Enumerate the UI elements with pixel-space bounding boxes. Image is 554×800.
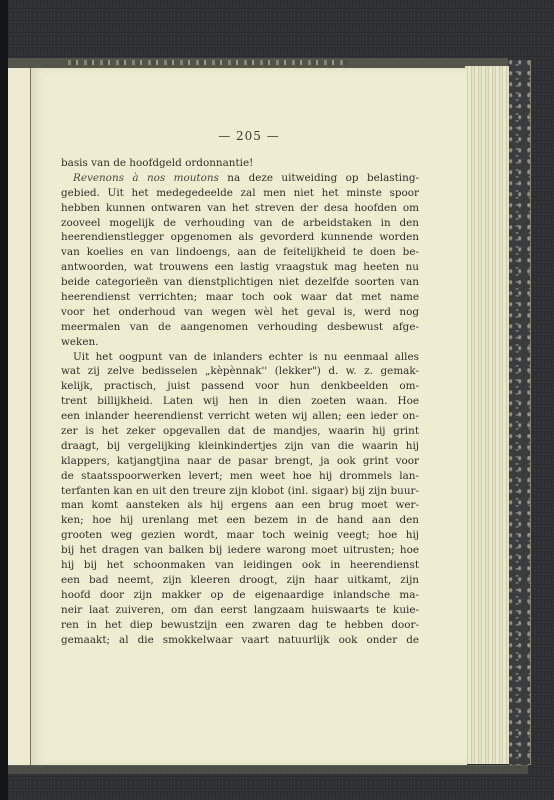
text-line: hij bij het schoonmaken van leidingen oo… <box>61 558 419 573</box>
line-text: meermalen van de aangenomen verhouding d… <box>61 321 419 333</box>
italic-phrase: Revenons à nos moutons <box>73 172 219 184</box>
page-stack-edges <box>465 66 509 764</box>
left-edge-shadow <box>0 0 8 800</box>
text-line: hebben kunnen ontwaren van het streven d… <box>61 201 419 216</box>
page-number: — 205 — <box>31 129 467 143</box>
text-line: klappers, katjangtjina naar de pasar bre… <box>61 454 419 469</box>
line-text: trent billijkheid. Laten wij hen in dien… <box>61 395 419 407</box>
text-line: beide categorieën van dienstplichtigen n… <box>61 275 419 290</box>
text-line: meermalen van de aangenomen verhouding d… <box>61 320 419 335</box>
line-text: hij bij het schoonmaken van leidingen oo… <box>61 559 419 571</box>
line-text: de staatsspoorwerken levert; men weet ho… <box>61 470 419 482</box>
line-text: antwoorden, wat trouwens een lastig vraa… <box>61 261 419 273</box>
text-line: ren in het diep bewustzijn een zwaren da… <box>61 618 419 633</box>
line-text: bij het dragen van balken bij iedere war… <box>61 544 419 556</box>
text-line: gemaakt; al die smokkelwaar vaart natuur… <box>61 633 419 648</box>
text-line: kelijk, practisch, juist passend voor hu… <box>61 379 419 394</box>
line-text: zooveel mogelijk de verhouding van de ar… <box>61 217 419 229</box>
line-text: hebben kunnen ontwaren van het streven d… <box>61 202 419 214</box>
text-line: grooten weg gezien wordt, maar toch wein… <box>61 528 419 543</box>
line-text: klappers, katjangtjina naar de pasar bre… <box>61 455 419 467</box>
line-text: gemaakt; al die smokkelwaar vaart natuur… <box>61 634 419 646</box>
text-line: basis van de hoofdgeld ordonnantie! <box>61 156 419 171</box>
line-text: Uit het oogpunt van de inlanders echter … <box>73 351 419 363</box>
text-line: Revenons à nos moutons na deze uitweidin… <box>61 171 419 186</box>
page-text: basis van de hoofdgeld ordonnantie!Reven… <box>61 156 419 647</box>
text-line: een inlander heerendienst verricht weten… <box>61 409 419 424</box>
text-line: hoofd door zijn makker op de eigenaardig… <box>61 588 419 603</box>
line-text: hoofd door zijn makker op de eigenaardig… <box>61 589 419 601</box>
line-text: wat zij zelve bedisselen „kèpènnak'' (le… <box>61 365 419 377</box>
text-line: draagt, bij vergelijking kleinkindertjes… <box>61 439 419 454</box>
text-line: heerendienst verrichten; maar toch ook w… <box>61 290 419 305</box>
text-line: ken; hoe hij urenlang met een bezem in d… <box>61 513 419 528</box>
book-cover-marbled-edge <box>508 60 531 765</box>
text-line: wat zij zelve bedisselen „kèpènnak'' (le… <box>61 364 419 379</box>
line-text: voor het onderhoud van wegen wèl het gev… <box>61 306 419 318</box>
text-line: trent billijkheid. Laten wij hen in dien… <box>61 394 419 409</box>
text-line: antwoorden, wat trouwens een lastig vraa… <box>61 260 419 275</box>
text-line: bij het dragen van balken bij iedere war… <box>61 543 419 558</box>
text-line: weken. <box>61 335 419 350</box>
text-line: man komt aansteken als hij ergens aan ee… <box>61 498 419 513</box>
text-line: van koelies en van lindoengs, aan de fei… <box>61 245 419 260</box>
book-page: — 205 — basis van de hoofdgeld ordonnant… <box>31 68 467 765</box>
line-text: van koelies en van lindoengs, aan de fei… <box>61 246 419 258</box>
text-line: zer is het zeker opgevallen dat de mandj… <box>61 424 419 439</box>
line-text: ren in het diep bewustzijn een zwaren da… <box>61 619 419 631</box>
text-line: gebied. Uit het medegedeelde zal men nie… <box>61 186 419 201</box>
line-text: draagt, bij vergelijking kleinkindertjes… <box>61 440 419 452</box>
line-text: een inlander heerendienst verricht weten… <box>61 410 419 422</box>
line-text: gebied. Uit het medegedeelde zal men nie… <box>61 187 419 199</box>
line-text: een bad neemt, zijn kleeren droogt, zijn… <box>61 574 419 586</box>
line-text: heerendienst verrichten; maar toch ook w… <box>61 291 419 303</box>
text-line: Uit het oogpunt van de inlanders echter … <box>61 350 419 365</box>
line-text: beide categorieën van dienstplichtigen n… <box>61 276 419 288</box>
line-text: neir laat zuiveren, om dan eerst langzaa… <box>61 604 419 616</box>
line-text: grooten weg gezien wordt, maar toch wein… <box>61 529 419 541</box>
line-text: weken. <box>61 336 98 348</box>
line-text: ken; hoe hij urenlang met een bezem in d… <box>61 514 419 526</box>
previous-page-edge <box>8 68 31 765</box>
line-text: kelijk, practisch, juist passend voor hu… <box>61 380 419 392</box>
text-line: zooveel mogelijk de verhouding van de ar… <box>61 216 419 231</box>
line-text: zer is het zeker opgevallen dat de mandj… <box>61 425 419 437</box>
line-text: man komt aansteken als hij ergens aan ee… <box>61 499 419 511</box>
text-line: neir laat zuiveren, om dan eerst langzaa… <box>61 603 419 618</box>
book-cover-bottom-edge <box>8 765 528 774</box>
line-text: basis van de hoofdgeld ordonnantie! <box>61 157 253 169</box>
text-line: de staatsspoorwerken levert; men weet ho… <box>61 469 419 484</box>
text-line: een bad neemt, zijn kleeren droogt, zijn… <box>61 573 419 588</box>
line-text: heerendienstlegger opgenomen als gevorde… <box>61 231 419 243</box>
text-line: heerendienstlegger opgenomen als gevorde… <box>61 230 419 245</box>
text-line: terfanten kan en uit den treure zijn klo… <box>61 484 419 499</box>
line-text: terfanten kan en uit den treure zijn klo… <box>61 485 419 497</box>
text-line: voor het onderhoud van wegen wèl het gev… <box>61 305 419 320</box>
line-text: na deze uitweiding op belasting- <box>219 172 419 184</box>
